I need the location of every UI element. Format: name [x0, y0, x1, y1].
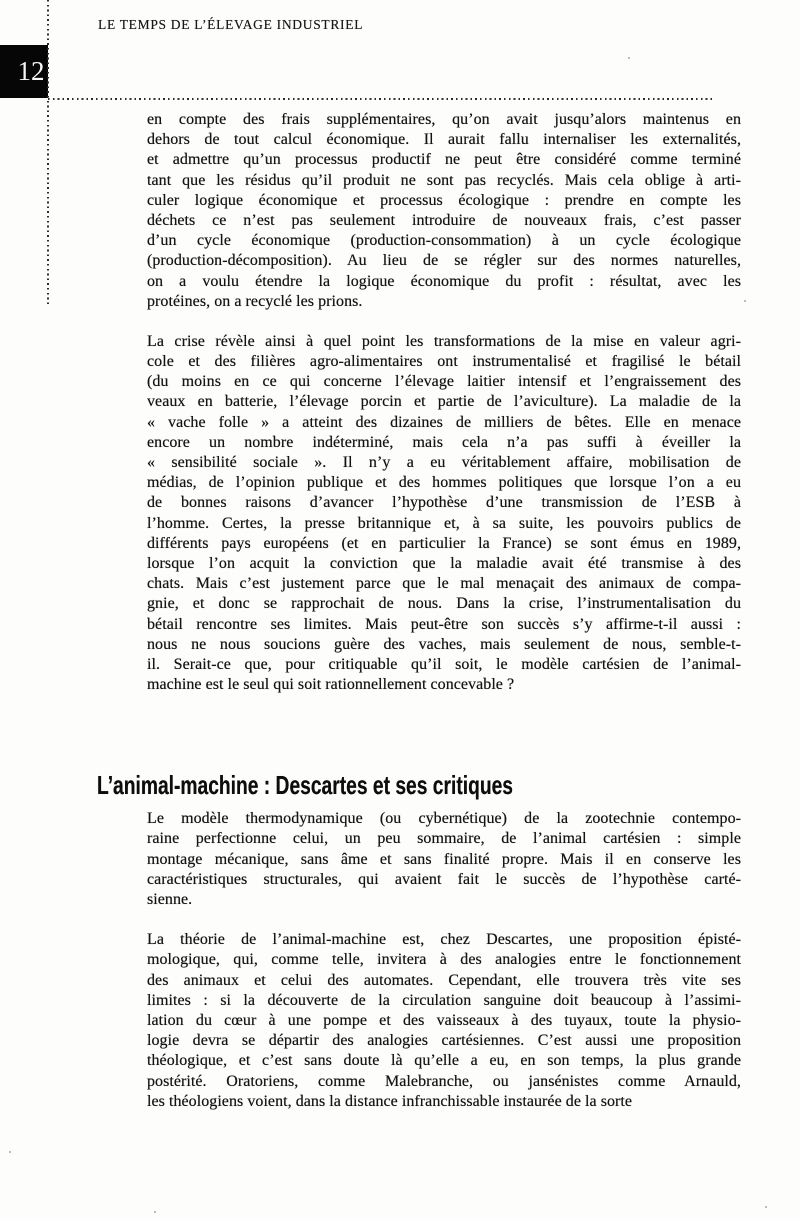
- text-line: dehors de tout calcul économique. Il aur…: [147, 130, 741, 150]
- text-line: La théorie de l’animal-machine est, chez…: [147, 930, 741, 950]
- text-line: « sensibilité sociale ». Il n’y a eu vér…: [147, 453, 741, 473]
- text-line: déchets ce n’est pas seulement introduir…: [147, 211, 741, 231]
- text-line: encore un nombre indéterminé, mais cela …: [147, 433, 741, 453]
- text-line: en compte des frais supplémentaires, qu’…: [147, 110, 741, 130]
- text-line: gnie, et donc se rapprochait de nous. Da…: [147, 594, 741, 614]
- text-line: l’homme. Certes, la presse britannique e…: [147, 514, 741, 534]
- text-line: différents pays européens (et en particu…: [147, 534, 741, 554]
- text-line: mologique, qui, comme telle, invitera à …: [147, 950, 741, 970]
- text-line: on a voulu étendre la logique économique…: [147, 272, 741, 292]
- text-line: chats. Mais c’est justement parce que le…: [147, 574, 741, 594]
- paragraphs-before-heading: en compte des frais supplémentaires, qu’…: [97, 110, 741, 715]
- text-line: nous ne nous soucions guère des vaches, …: [147, 635, 741, 655]
- scan-speckle: [154, 1211, 156, 1213]
- text-line: tant que les résidus qu’il produit ne so…: [147, 171, 741, 191]
- paragraphs-after-heading: Le modèle thermodynamique (ou cybernétiq…: [97, 809, 741, 1132]
- text-line: (production-décomposition). Au lieu de s…: [147, 251, 741, 271]
- text-line: les théologiens voient, dans la distance…: [147, 1092, 741, 1112]
- text-line: La crise révèle ainsi à quel point les t…: [147, 332, 741, 352]
- page-number: 12: [18, 58, 45, 85]
- text-line: limites : si la découverte de la circula…: [147, 991, 741, 1011]
- section-heading: L’animal-machine : Descartes et ses crit…: [97, 767, 574, 803]
- horizontal-dotted-rule: [48, 98, 712, 100]
- book-page: 12 LE TEMPS DE L’ÉLEVAGE INDUSTRIEL en c…: [0, 0, 800, 1219]
- vertical-dotted-rule: [47, 0, 49, 304]
- text-line: médias, de l’opinion publique et des hom…: [147, 473, 741, 493]
- main-text-column: en compte des frais supplémentaires, qu’…: [97, 110, 741, 1132]
- running-header: LE TEMPS DE L’ÉLEVAGE INDUSTRIEL: [98, 17, 363, 33]
- text-line: sienne.: [147, 890, 741, 910]
- text-line: caractéristiques structurales, qui avaie…: [147, 870, 741, 890]
- scan-speckle: [744, 300, 746, 302]
- text-line: montage mécanique, sans âme et sans fina…: [147, 850, 741, 870]
- text-line: théologique, et c’est sans doute là qu’e…: [147, 1051, 741, 1071]
- paragraph: Le modèle thermodynamique (ou cybernétiq…: [147, 809, 741, 910]
- paragraph: La théorie de l’animal-machine est, chez…: [147, 930, 741, 1112]
- text-line: veaux en batterie, l’élevage porcin et p…: [147, 392, 741, 412]
- text-line: protéines, on a recyclé les prions.: [147, 292, 741, 312]
- text-line: lorsque l’on acquit la conviction que la…: [147, 554, 741, 574]
- text-line: machine est le seul qui soit rationnelle…: [147, 675, 741, 695]
- scan-speckle: [765, 1206, 767, 1208]
- text-line: bétail rencontre ses limites. Mais peut-…: [147, 615, 741, 635]
- text-line: il. Serait-ce que, pour critiquable qu’i…: [147, 655, 741, 675]
- text-line: lation du cœur à une pompe et des vaisse…: [147, 1011, 741, 1031]
- scan-speckle: [9, 1151, 11, 1153]
- page-number-box: 12: [0, 45, 48, 98]
- paragraph: La crise révèle ainsi à quel point les t…: [147, 332, 741, 695]
- text-line: d’un cycle économique (production-consom…: [147, 231, 741, 251]
- text-line: culer logique économique et processus éc…: [147, 191, 741, 211]
- text-line: Le modèle thermodynamique (ou cybernétiq…: [147, 809, 741, 829]
- text-line: des animaux et celui des automates. Cepe…: [147, 971, 741, 991]
- text-line: raine perfectionne celui, un peu sommair…: [147, 829, 741, 849]
- text-line: « vache folle » a atteint des dizaines d…: [147, 413, 741, 433]
- text-line: postérité. Oratoriens, comme Malebranche…: [147, 1072, 741, 1092]
- text-line: de bonnes raisons d’avancer l’hypothèse …: [147, 493, 741, 513]
- text-line: cole et des filières agro-alimentaires o…: [147, 352, 741, 372]
- text-line: (du moins en ce qui concerne l’élevage l…: [147, 372, 741, 392]
- scan-speckle: [628, 57, 630, 59]
- paragraph: en compte des frais supplémentaires, qu’…: [147, 110, 741, 312]
- text-line: et admettre qu’un processus productif ne…: [147, 150, 741, 170]
- text-line: logie devra se départir des analogies ca…: [147, 1031, 741, 1051]
